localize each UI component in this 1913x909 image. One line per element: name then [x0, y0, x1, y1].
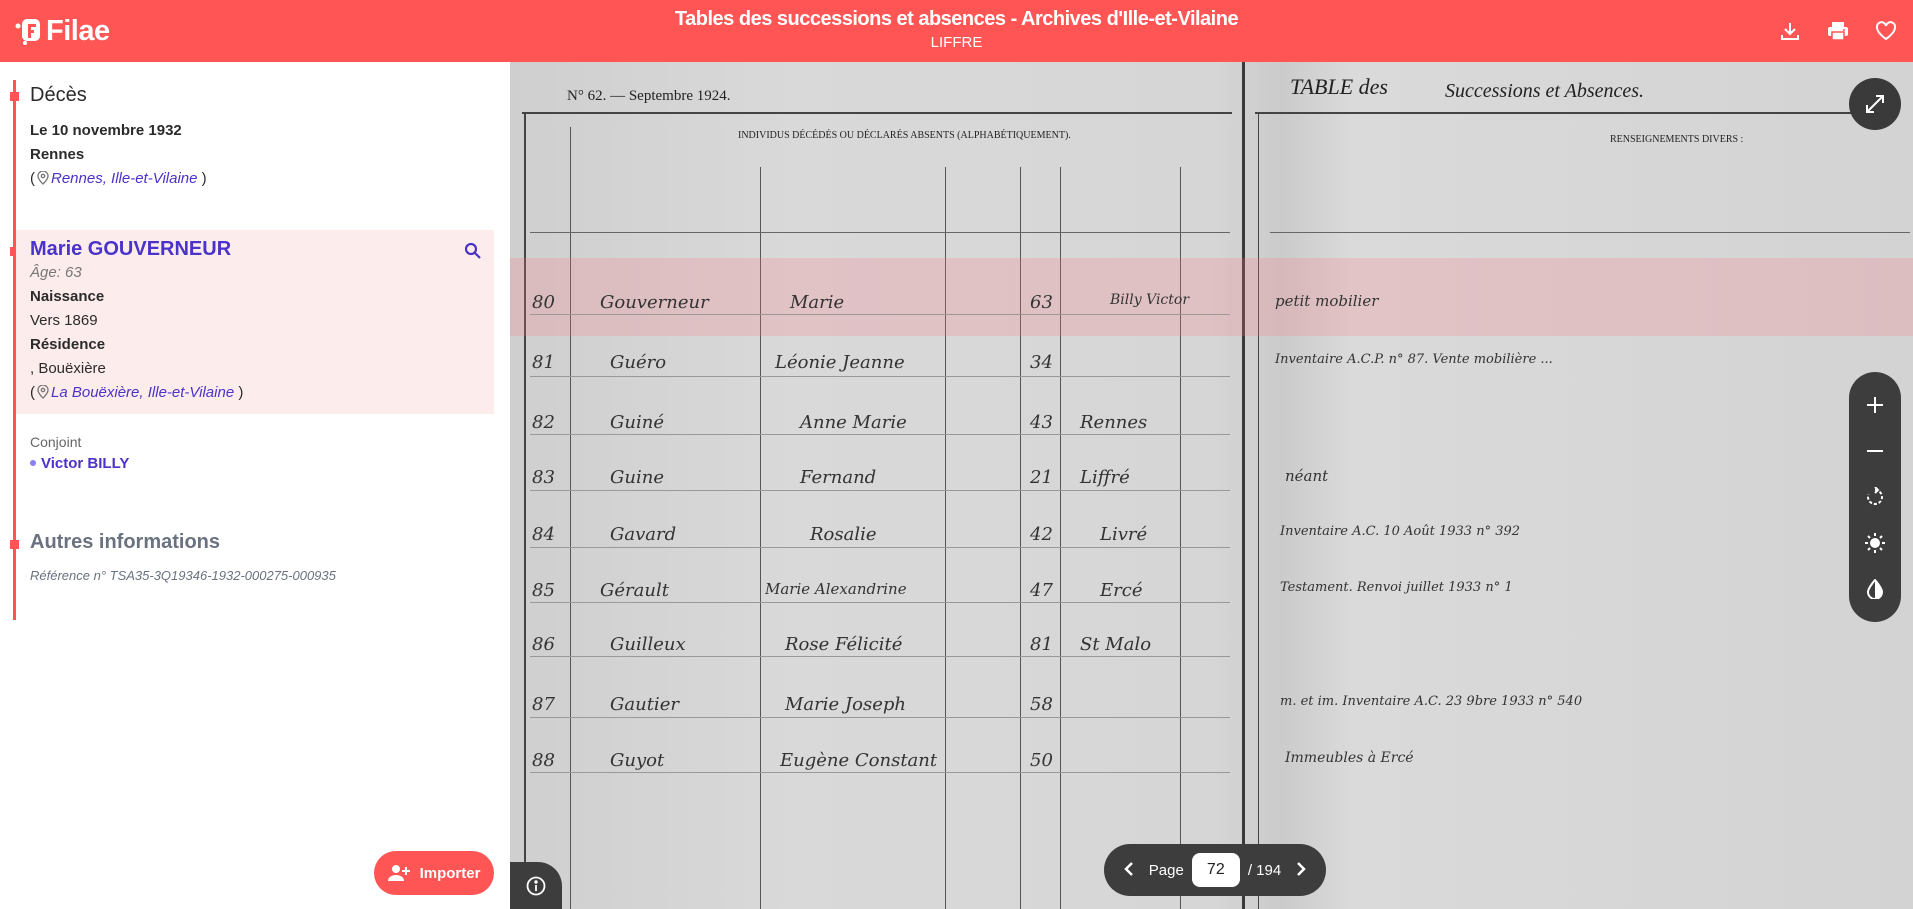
row-num: 86: [532, 634, 555, 655]
deces-date: Le 10 novembre 1932: [30, 119, 494, 143]
map-pin-icon: [37, 385, 49, 399]
row-age: 81: [1030, 634, 1053, 655]
row-divers: Testament. Renvoi juillet 1933 n° 1: [1280, 580, 1513, 595]
row-nom: Gautier: [610, 694, 679, 715]
info-icon: [526, 876, 546, 896]
page-title: Tables des successions et absences - Arc…: [0, 8, 1913, 31]
row-lieu: St Malo: [1080, 634, 1151, 655]
table-title-right: Successions et Absences.: [1445, 80, 1644, 103]
row-lieu: Rennes: [1080, 412, 1147, 433]
divers-header: RENSEIGNEMENTS DIVERS :: [1610, 134, 1743, 145]
timeline-dot: [10, 92, 19, 101]
row-age: 43: [1030, 412, 1053, 433]
naissance-label: Naissance: [30, 285, 454, 309]
info-button[interactable]: [510, 862, 562, 909]
page-navigator: Page / 194: [1104, 844, 1326, 896]
deces-title: Décès: [30, 84, 494, 107]
download-icon: [1780, 21, 1800, 41]
person-age: Âge: 63: [30, 261, 454, 285]
row-nom: Gouverneur: [600, 292, 709, 313]
print-icon: [1827, 21, 1849, 41]
expand-icon: [1864, 93, 1886, 115]
person-card: Marie GOUVERNEUR Âge: 63 Naissance Vers …: [16, 230, 494, 414]
autres-title: Autres informations: [30, 531, 494, 554]
row-num: 82: [532, 412, 555, 433]
row-prenom: Fernand: [800, 467, 876, 488]
contrast-icon: [1866, 579, 1884, 599]
next-page-button[interactable]: [1289, 860, 1313, 881]
record-sidebar: Décès Le 10 novembre 1932 Rennes (Rennes…: [0, 62, 510, 909]
row-nom: Guilleux: [610, 634, 686, 655]
deces-place: (Rennes, Ille-et-Vilaine ): [30, 167, 494, 191]
residence-value: , Bouëxière: [30, 357, 454, 381]
row-num: 85: [532, 580, 555, 601]
bullet-icon: [30, 460, 36, 466]
chevron-left-icon: [1124, 862, 1134, 876]
scanned-register-page[interactable]: N° 62. — Septembre 1924. TABLE des Succe…: [510, 62, 1913, 909]
search-person-button[interactable]: [464, 242, 482, 265]
row-prenom: Anne Marie: [800, 412, 907, 433]
row-age: 50: [1030, 750, 1053, 771]
person-name[interactable]: Marie GOUVERNEUR: [30, 238, 454, 261]
conjoint-section: Conjoint Victor BILLY: [30, 431, 494, 475]
import-label: Importer: [420, 865, 481, 882]
page-number-input[interactable]: [1192, 853, 1240, 887]
app-header: Filae Tables des successions et absences…: [0, 0, 1913, 62]
add-person-icon: [388, 864, 412, 882]
conjoint-name: Victor BILLY: [41, 455, 129, 472]
map-pin-icon: [37, 171, 49, 185]
row-prenom: Rosalie: [810, 524, 877, 545]
row-lieu: Livré: [1100, 524, 1147, 545]
naissance-value: Vers 1869: [30, 309, 454, 333]
conjoint-label: Conjoint: [30, 431, 494, 453]
import-button[interactable]: Importer: [374, 851, 494, 895]
row-nom: Guine: [610, 467, 664, 488]
row-divers: néant: [1285, 467, 1328, 485]
row-num: 83: [532, 467, 555, 488]
row-divers: m. et im. Inventaire A.C. 23 9bre 1933 n…: [1280, 694, 1582, 709]
row-divers: Inventaire A.C.P. n° 87. Vente mobilière…: [1275, 352, 1553, 367]
row-prenom: Léonie Jeanne: [775, 352, 905, 373]
deces-section: Décès Le 10 novembre 1932 Rennes (Rennes…: [30, 84, 494, 191]
row-age: 63: [1030, 292, 1053, 313]
row-age: 58: [1030, 694, 1053, 715]
rotate-icon: [1865, 487, 1885, 507]
heart-icon: [1875, 21, 1897, 41]
page-subtitle: LIFFRE: [0, 34, 1913, 51]
highlighted-row: [510, 258, 1913, 336]
deces-place-link[interactable]: Rennes, Ille-et-Vilaine: [51, 170, 197, 187]
conjoint-link[interactable]: Victor BILLY: [30, 453, 494, 475]
zoom-in-button[interactable]: [1860, 390, 1890, 420]
row-prenom: Rose Félicité: [785, 634, 902, 655]
page-total: / 194: [1248, 862, 1281, 879]
table-title-left: TABLE des: [1290, 74, 1388, 100]
favorite-button[interactable]: [1873, 18, 1899, 44]
residence-place: (La Bouëxière, Ille-et-Vilaine ): [30, 381, 454, 405]
row-divers: Inventaire A.C. 10 Août 1933 n° 392: [1280, 524, 1520, 539]
row-age: 34: [1030, 352, 1053, 373]
page-label: Page: [1149, 862, 1184, 879]
row-age: 47: [1030, 580, 1053, 601]
row-lieu: Liffré: [1080, 467, 1130, 488]
page-heading: N° 62. — Septembre 1924.: [567, 88, 730, 105]
chevron-right-icon: [1296, 862, 1306, 876]
row-num: 87: [532, 694, 555, 715]
print-button[interactable]: [1825, 18, 1851, 44]
row-nom: Guyot: [610, 750, 664, 771]
row-divers: petit mobilier: [1275, 292, 1378, 310]
row-nom: Guéro: [610, 352, 666, 373]
residence-label: Résidence: [30, 333, 454, 357]
document-viewer[interactable]: N° 62. — Septembre 1924. TABLE des Succe…: [510, 62, 1913, 909]
row-nom: Gérault: [600, 580, 669, 601]
row-prenom: Marie Alexandrine: [765, 580, 907, 598]
row-num: 84: [532, 524, 555, 545]
previous-page-button[interactable]: [1117, 860, 1141, 881]
row-prenom: Eugène Constant: [780, 750, 937, 771]
row-prenom: Marie Joseph: [785, 694, 906, 715]
timeline-dot: [10, 540, 19, 549]
reference-text: Référence n° TSA35-3Q19346-1932-000275-0…: [30, 568, 494, 583]
download-button[interactable]: [1777, 18, 1803, 44]
contrast-button[interactable]: [1860, 574, 1890, 604]
row-age: 42: [1030, 524, 1053, 545]
row-prenom: Marie: [790, 292, 844, 313]
row-num: 81: [532, 352, 555, 373]
brightness-icon: [1864, 532, 1886, 554]
row-nom: Gavard: [610, 524, 676, 545]
row-epoux: Billy Victor: [1110, 292, 1189, 308]
brightness-button[interactable]: [1860, 528, 1890, 558]
zoom-in-icon: [1866, 396, 1884, 414]
image-toolbar: [1849, 372, 1901, 622]
deces-city: Rennes: [30, 143, 494, 167]
rotate-button[interactable]: [1860, 482, 1890, 512]
fullscreen-button[interactable]: [1849, 78, 1901, 130]
zoom-out-button[interactable]: [1860, 436, 1890, 466]
zoom-out-icon: [1866, 442, 1884, 460]
residence-place-link[interactable]: La Bouëxière, Ille-et-Vilaine: [51, 384, 234, 401]
autres-section: Autres informations Référence n° TSA35-3…: [30, 531, 494, 583]
row-num: 80: [532, 292, 555, 313]
search-icon: [464, 242, 482, 260]
row-age: 21: [1030, 467, 1053, 488]
row-divers: Immeubles à Ercé: [1285, 750, 1414, 766]
row-lieu: Ercé: [1100, 580, 1142, 601]
group-header: INDIVIDUS DÉCÉDÉS OU DÉCLARÉS ABSENTS (A…: [738, 130, 1071, 141]
row-nom: Guiné: [610, 412, 664, 433]
row-num: 88: [532, 750, 555, 771]
